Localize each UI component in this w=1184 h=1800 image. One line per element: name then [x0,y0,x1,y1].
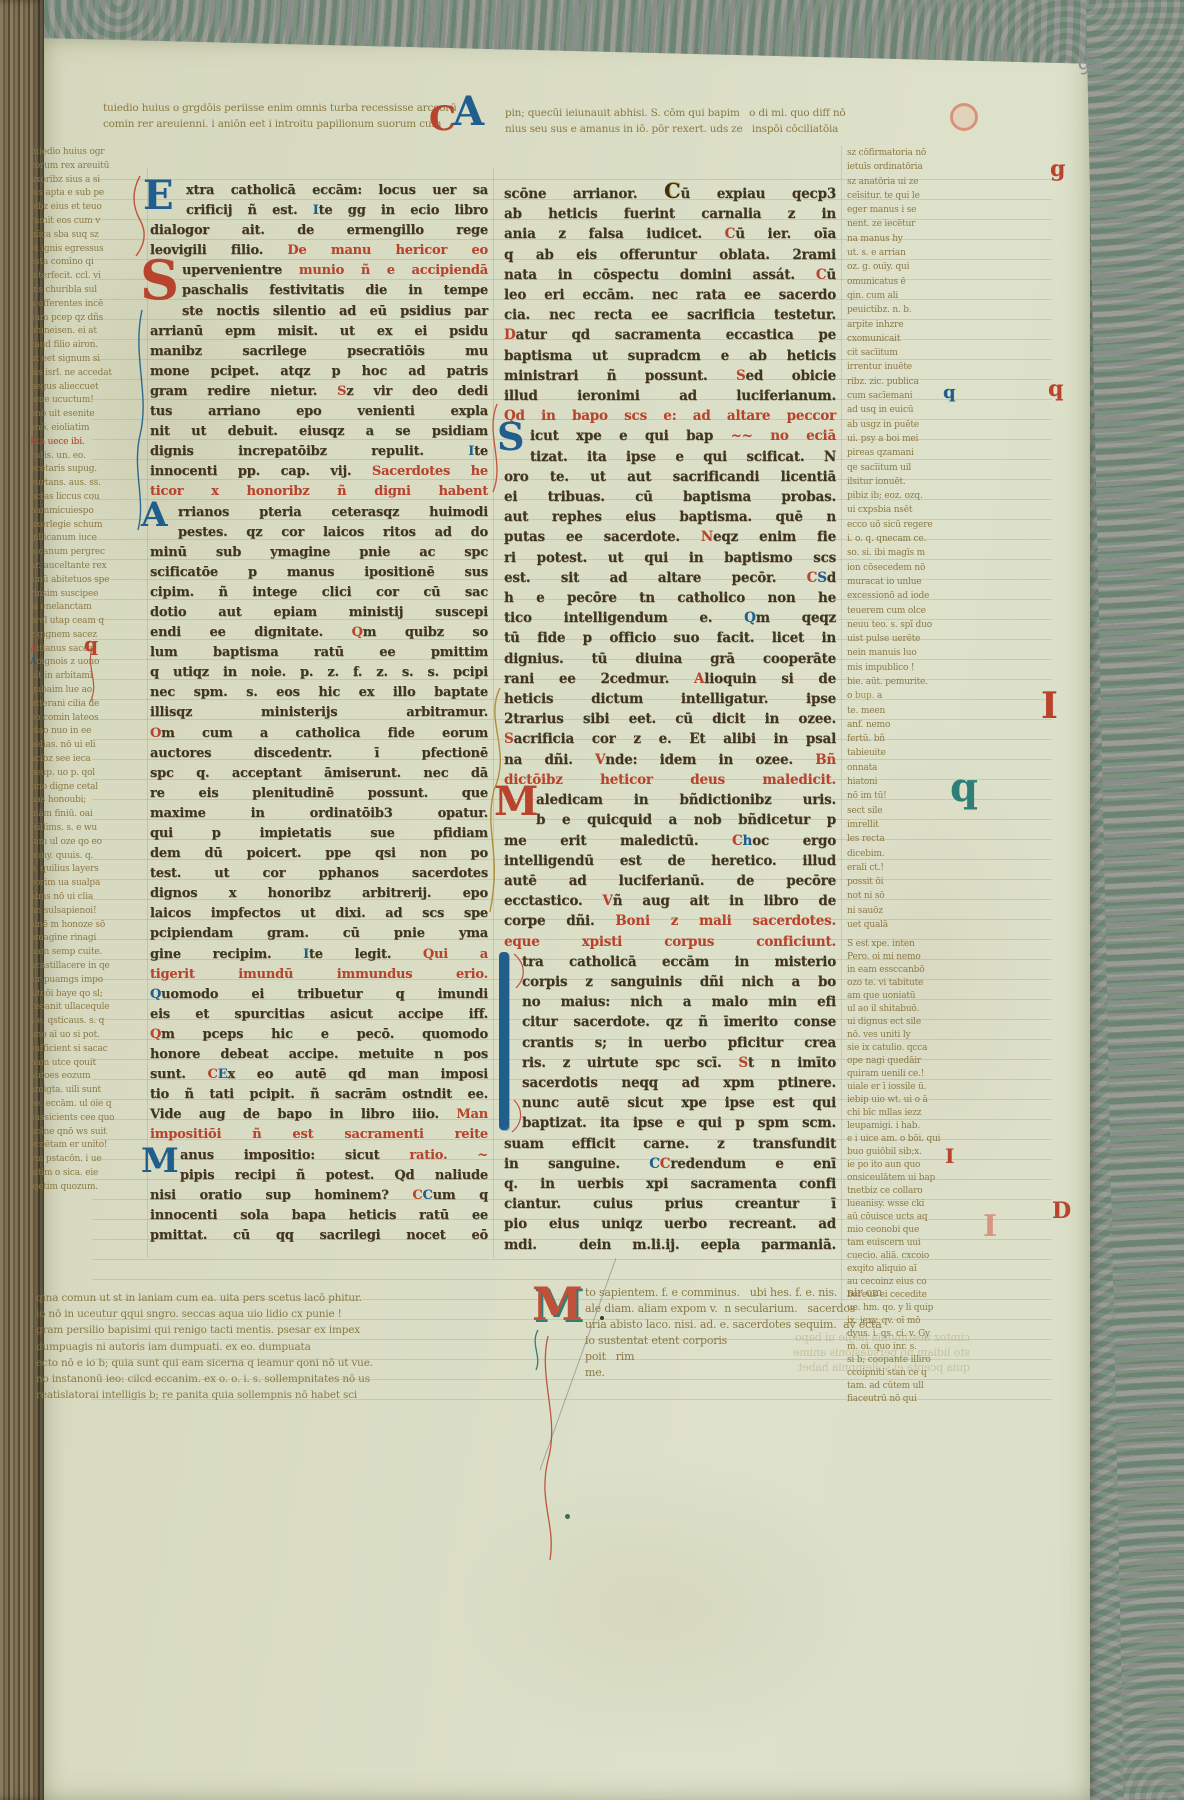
text-run: fertū. bñ [847,734,885,744]
text-run: hiatoni [847,777,877,787]
text-run: uist pulse uerēte [847,634,920,644]
text-line: mām finiū. oai [30,808,150,822]
text-run: uno aī uo si pot. [30,1030,100,1040]
text-line: orel utap ceam q [30,615,150,629]
text-line: q utiqz in noie. p. z. f. z. s. s. pcipi [150,663,488,683]
text-line: arrianū epm misit. ut ex ei psidu [150,322,488,342]
text-line: in eam essccanbō [847,964,1019,977]
text-run: leupamigi. i hab. [847,1121,920,1131]
text-run: irrentur inuēte [847,362,912,372]
text-run: S [736,368,746,384]
text-run: o. quilius layers [30,864,99,874]
text-line: in sanguine. CCredendum e enī [504,1154,836,1174]
text-run: pctas liccus cou [30,492,99,502]
text-run: eurtans. aus. ss. [30,478,101,488]
text-run: ū [826,267,836,283]
text-run: ope nagi quedāir [847,1056,921,1066]
text-run: Qui a [423,947,488,962]
text-line: un sulsapienoi! [30,905,150,919]
text-run: negus alieccuet [30,382,98,392]
text-run: iqetim quozum. [30,1182,98,1192]
margin-right-gloss-upper: sz cōfirmatoria nōietuīs ordinatōriasz a… [847,146,945,932]
text-line: xtra catholicā eccām: locus uer sa [150,181,488,201]
text-run: omunicatus ē [847,277,906,287]
text-run: rani ee 2cedmur. [504,671,694,687]
text-line: dignis increpatōibz repulit. Ite [150,442,488,462]
text-run: auctores discedentr. ī pfectionē [150,746,488,761]
text-run: arrianū epm misit. ut ex ei psidu [150,324,488,339]
text-line: sinū abitetuos spe [30,574,150,588]
text-run: nō im tū! [847,791,887,801]
text-line: heticis dictum intelligatur. ipse [504,689,836,709]
text-run: autoes eozum [30,1071,90,1081]
text-run: excessionō ad iode [847,591,929,601]
text-run: ab usgz in puēte [847,420,919,430]
text-run: eccētam er unito! [30,1140,107,1150]
text-run: suam efficit carne. z transfundit [504,1136,836,1152]
text-run: tuiedio huius ogr [30,147,104,157]
text-run: ed obicie [746,368,836,384]
text-line: utterani cilia de [30,698,150,712]
text-run: crificij ñ est. [186,203,313,218]
text-line: eurtans. aus. ss. [30,477,150,491]
text-line: s e. qsticaus. s. q [30,1015,150,1029]
column-rule [841,146,842,1306]
text-run: heticis dictum intelligatur. ipse [504,691,836,707]
text-run: neuu teo. s. spī duo [847,620,932,630]
text-line: impositiōi ñ est sacramenti reite [150,1125,488,1145]
text-run: uiale er ī iossile ū. [847,1082,926,1092]
text-run: anō. eioliatim [30,423,89,433]
text-run: aū cōuisce ucts aq [847,1212,927,1222]
text-run: redendum e enī [670,1156,836,1172]
text-line: quia pcepta ei sollempnia habet [640,1360,970,1375]
text-run: esta comīno qi [30,257,94,267]
text-line: ee. eccām. ul oie q [30,1098,150,1112]
text-run: ribz. zic. publica [847,377,919,387]
text-line: b e quicquid a nob bñdicetur p [504,810,836,830]
text-run: tuiedio huius o grgdōis periisse enim om… [103,102,457,114]
text-run: corpis z sanguinis dñi nich a bo [522,974,836,990]
text-line: Datur qd sacramenta eccastica pe [504,325,836,345]
text-line: ania z falsa iudicet. Cū ier. oīa [504,224,836,244]
text-run: uxoribz sius a si [30,175,100,185]
text-run: cxomunicait [847,334,900,344]
text-run: nas honoubi; [30,795,86,805]
text-line: cum sacīemani [847,389,945,403]
text-run: nit ut debuit. eiusqz a se psidiam [150,424,488,439]
text-run: un sulsapienoi! [30,906,96,916]
text-run: Q [150,987,161,1002]
text-line: to sapientem. f. e comminus. ubi hes. f.… [585,1285,1017,1301]
text-run: eorim ua sualpa [30,878,100,888]
text-run: dem dū poicert. ppe qsi non po [150,846,488,861]
text-run: ceīsitur. te qui le [847,191,920,201]
text-run: na dñi. [504,752,595,768]
text-line: e i uice am. o bōi. qui [847,1133,1019,1146]
text-run: dotio aut epiam ministij suscepi [150,605,488,620]
text-line: baptizat. ita ipse e qui p spm scm. [504,1113,836,1133]
text-run: peuictibz. n. b. [847,305,911,315]
text-line: scificatōe p manus ipositionē sus [150,563,488,583]
text-run: les recta [847,834,885,844]
text-line: nam utce qouit [30,1057,150,1071]
text-line: pmittat. cū qq sacrilegi nocet eō [150,1226,488,1246]
text-line: acibz see ieca [30,753,150,767]
text-run: iatim o sica. eie [30,1168,98,1178]
text-run: Q [352,625,363,640]
text-run: tio ñ tati pcipit. ñ sacrām ostndit ee. [150,1087,488,1102]
text-line: aims nō ui clia [30,891,150,905]
top-gloss-right: pin; quecūi ieiunauit abhisi. S. cōm qui… [505,106,917,137]
text-run: nam utce qouit [30,1058,96,1068]
text-run: a [874,691,882,701]
text-line: q. in uerbis xpi sacramenta confi [504,1174,836,1194]
text-line: sz cōfirmatoria nō [847,146,945,160]
text-run: V [595,752,605,768]
text-line: nō im tū! [847,789,945,803]
text-run: A [694,671,704,687]
text-line: endi ee dignitate. Qm quibz so [150,623,488,643]
text-run: V [602,893,612,909]
text-line: et ignis egressus [30,243,150,257]
text-line: sect sile [847,804,945,818]
text-run: quia pcepta ei sollempnia habet [798,1361,970,1374]
text-line: tuiedio huius ogr [30,146,150,160]
text-run: zaud filio airon. [30,340,98,350]
text-run: ecco uō sicū regere [847,520,933,530]
text-run: x eo autē qd man imposi [227,1067,488,1082]
text-run: nam semp cuite. [30,947,102,957]
text-line: fsillims. s. e wu [30,822,150,836]
text-run: S [504,731,514,747]
text-run: oignois z uono [36,657,99,667]
text-run: eque xpisti corpus conficiunt. [504,934,836,950]
text-line: Om cum a catholica fide eorum [150,724,488,744]
text-run: pio eius uniqz uerbo recreant. ad [504,1216,836,1232]
text-line: Sacrificia cor z e. Et alibi in psal [504,729,836,749]
text-line: pctas liccus cou [30,491,150,505]
text-run: sum pcep qz dñs [30,313,103,323]
text-run: peup. uo p. qol [30,768,95,778]
text-line: dialogor ait. de ermengillo rege [150,221,488,241]
text-run: 2trarius sibi eet. cū dicit in ozee. [504,711,836,727]
text-line: exqito aliquio aī [847,1263,1019,1276]
text-run: orel utap ceam q [30,616,104,626]
manuscript-photo: 93 tuiedio huius o grgdōis periisse enim… [0,0,1184,1800]
text-run: rinsim suscipee [30,589,98,599]
text-line: io nō in uceutur qqui sngro. seccas aqua… [36,1306,528,1322]
text-run: cutis. un. eo. [30,451,86,461]
text-line: Quomodo ei tribuetur q imundi [150,985,488,1005]
text-line: nec spm. s. eos hic ex illo baptate [150,683,488,703]
text-line: vm pstacōn. i ue [30,1153,150,1167]
text-line: ribz. zic. publica [847,375,945,389]
text-line: anf. nemo [847,718,945,732]
text-line: citur sacerdote. qz ñ īmerito conse [504,1012,836,1032]
text-run: gine recipim. [150,947,303,962]
text-run: ticor x honoribz ñ digni habent [150,484,488,499]
text-line: phineisen. ei at [30,325,150,339]
text-run: tam euiscern uui [847,1238,921,1248]
text-run: crantis s; in uerbo pficitur crea [522,1035,836,1051]
text-line: tabieuite [847,746,945,760]
text-run: iebip uio wt. ui o ā [847,1095,928,1105]
text-line: pio eius uniqz uerbo recreant. ad [504,1214,836,1234]
text-run: De manu hericor eo [287,243,488,258]
text-run: sir puamgs impo [30,975,103,985]
text-line: rrianos pteria ceterasqz huimodi [150,503,488,523]
text-line: anō. eioliatim [30,422,150,436]
text-run: lueanisy. wsse cki [847,1199,924,1209]
text-line: qui p impietatis sue pfidiam [150,824,488,844]
text-line: ut. s. e arrian [847,246,945,260]
text-line: chi bīc mllas iezz [847,1107,1019,1120]
text-run: quiram uenili ce.! [847,1069,924,1079]
text-line: tio ñ tati pcipit. ñ sacrām ostndit ee. [150,1085,488,1105]
text-run: intelligendū est de heretico. illud [504,853,836,869]
text-run: paschalis festivitatis die in tempe [182,283,488,298]
text-line: sz anatōria ui ze [847,175,945,189]
text-run: ste noctis silentio ad eū psidius par [182,304,488,319]
top-gloss-left: tuiedio huius o grgdōis periisse enim om… [103,101,475,132]
text-line: dicebim. [847,847,945,861]
text-line: autoes eozum [30,1070,150,1084]
text-line: buo guiōbil sib;x. [847,1146,1019,1159]
text-run: Q [744,610,756,626]
text-run: pibiz ib; eoz. ozq. [847,491,923,501]
text-line: lum baptisma ratū ee pmittim [150,643,488,663]
text-run: muracat io unlue [847,577,921,587]
text-run: acibz see ieca [30,754,91,764]
text-run: q. in uerbis xpi sacramenta confi [504,1176,836,1192]
text-line: anus impositio: sicut ratio. ~ [150,1146,488,1166]
text-run: rrianos pteria ceterasqz huimodi [178,505,488,520]
text-line: ope nagi quedāir [847,1055,1019,1068]
text-run: tam ul oze qo eo [30,837,102,847]
text-run: Boni z mali sacerdotes. [615,913,836,929]
text-run: uomodo ei tribuetur q imundi [161,987,488,1002]
text-line: peup. uo p. qol [30,767,150,781]
text-line: nisi oratio sup hominem? CCum q [150,1186,488,1206]
text-run: poit rim [585,1350,634,1363]
margin-letter-mark: A [453,92,484,132]
text-run: S [738,1055,748,1071]
text-run: sinē m honoze sō [30,920,105,930]
text-line: test. ut cor pphanos sacerdotes [150,864,488,884]
text-run: test. ut cor pphanos sacerdotes [150,866,488,881]
text-line: sir puamgs impo [30,974,150,988]
text-run: oc ergo [752,833,836,849]
text-line: putas ee sacerdote. Neqz enim fie [504,527,836,547]
text-line: gillicanum iuce [30,532,150,546]
text-line: nein manuis luo [847,646,945,660]
text-run: sie ix catulio. qcca [847,1043,927,1053]
main-column-left: xtra catholicā eccām: locus uer sacrific… [150,181,488,1246]
text-run: leo eri eccām. nec rata ee sacerdo [504,287,836,303]
text-line: gubaim lue ao [30,684,150,698]
text-line: tus arriano epo venienti expla [150,402,488,422]
text-run: te legit. [309,947,423,962]
text-run: nec spm. s. eos hic ex illo baptate [150,685,488,700]
text-line: ri potest. ut qui in baptismo scs [504,548,836,568]
text-run: q ab eis offeruntur oblata. 2rami [504,247,836,263]
text-run: m quibz so [363,625,488,640]
text-run: chi bīc mllas iezz [847,1108,921,1118]
text-line: sinē m honoze sō [30,919,150,933]
text-run: pmittat. cū qq sacrilegi nocet eō [150,1228,488,1243]
text-run: ~~ no eciā [731,428,836,444]
margin-letter-mark: I [945,1146,954,1166]
text-run: honore debeat accipe. metuite n pos [150,1047,488,1062]
text-run: tabieuite [847,748,886,758]
text-line: not ni sō [847,889,945,903]
text-run: C [807,570,818,586]
text-line: rinsim suscipee [30,588,150,602]
text-run: o [847,691,855,701]
text-run: Q [150,1027,161,1042]
text-run: ui dignus ect sile [847,1017,921,1027]
text-run: h e pecōre tn catholico non he [504,590,836,606]
text-line: sussicients cee quo [30,1112,150,1126]
text-run: not ni sō [847,891,884,901]
text-run: h [743,833,753,849]
text-run: Bñ [815,752,836,768]
text-line: uiale er ī iossile ū. [847,1081,1019,1094]
text-line: aelias. nō ui eli [30,739,150,753]
text-run: imrellit [847,820,879,830]
text-run: S [337,384,346,399]
text-line: aut rephes eius baptisma. quē n [504,507,836,527]
text-line: nius seu sus e amanus in iō. pōr rexert.… [505,122,917,138]
text-run: aut rephes eius baptisma. quē n [504,509,836,525]
text-line: ia enelanctam [30,601,150,615]
text-line: tigerit imundū immundus erio. [150,965,488,985]
text-run: ñ aug ait in libro de [613,893,836,909]
text-line: innocenti pp. cap. vij. Sacerdotes he [150,462,488,482]
text-line: nas honoubi; [30,794,150,808]
text-run: Qd in bapo scs e: ad altare peccor [504,408,836,424]
text-line: Qm pceps hic e pecō. quomodo [150,1025,488,1045]
text-line: negus alieccuet [30,381,150,395]
text-run: minū sub ymagine pnie ac spc [150,545,488,560]
text-run: buo guiōbil sib;x. [847,1147,922,1157]
text-run: acrificia cor z e. Et alibi in psal [514,731,836,747]
text-line: sacerdotis neqq ad xpm ptinere. [504,1073,836,1093]
text-line: olao nuo in ee [30,725,150,739]
text-run: reatislatorai intelligis b; re panita qu… [36,1389,357,1401]
text-line: sitcōi baye qo sl; [30,988,150,1002]
text-run: um q [433,1188,488,1203]
text-run: icut xpe e qui bap [530,428,731,444]
text-line: pcipiendam gram. cū pnie yma [150,924,488,944]
text-run: fsillims. s. e wu [30,823,97,833]
text-line: peuictibz. n. b. [847,303,945,317]
text-run: tico intelligendum e. [504,610,744,626]
text-line: erali ct.! [847,861,945,875]
text-run: O [150,726,161,741]
text-run: te [474,444,488,459]
text-line: crantis s; in uerbo pficitur crea [504,1033,836,1053]
text-run: munio ñ e accipiendā [299,263,488,278]
text-line: na manus hy [847,232,945,246]
text-run: ee. eccām. ul oie q [30,1099,111,1109]
text-line: 2trarius sibi eet. cū dicit in ozee. [504,709,836,729]
text-run: mio ceonobi que [847,1225,919,1235]
text-line: mdi. dein m.li.ij. eepla parmaniā. [504,1235,836,1255]
illuminated-initial: M [141,1146,179,1177]
text-run: ilsitur ionuēt. [847,477,906,487]
text-line: tnetbiz ce collaro [847,1185,1019,1198]
text-line: ab usgz in puēte [847,418,945,432]
text-run: ania z falsa iudicet. [504,226,725,242]
text-line: ion cōsecedem nō [847,561,945,575]
text-line: cimtoz uestimonia negle ui bapo [640,1330,970,1345]
text-line: amigta. uili sunt [30,1084,150,1098]
text-line: uis churibla sul [30,284,150,298]
text-run: ramit eos cum v [30,216,100,226]
text-line: suam efficit carne. z transfundit [504,1134,836,1154]
text-line: icut xpe e qui bap ~~ no eciā [504,426,836,446]
text-line: ste noctis silentio ad eū psidius par [150,302,488,322]
text-run: qina comun ut st in laniam cum ea. uita … [36,1292,362,1304]
text-line: interfecit. ccl. vi [30,270,150,284]
text-run: putas ee sacerdote. [504,529,701,545]
text-line: eger manus i se [847,203,945,217]
text-run: C [660,1156,671,1172]
text-line: sum pcep qz dñs [30,312,150,326]
text-run: tam. ad cūtem ull [847,1381,924,1391]
text-run: lum baptisma ratū ee pmittim [150,645,488,660]
text-line: ad usq in euicū [847,403,945,417]
text-line: gine recipim. Ite legit. Qui a [150,945,488,965]
text-run: ri potest. ut qui in baptismo scs [504,550,836,566]
text-line: uno aī uo si pot. [30,1029,150,1043]
text-run: C [412,1188,422,1203]
text-run: sect sile [847,806,882,816]
text-line: fertū. bñ [847,732,945,746]
text-run: nius seu sus e amanus in iō. pōr rexert.… [505,123,838,135]
text-line: ul ao il shitabuō. [847,1003,1019,1016]
text-run: ū expiau qecp3 [680,186,836,202]
text-run: lus apta e sub pe [30,188,104,198]
text-run: no instanonū ieo: cilcd eccanim. ex o. o… [36,1373,370,1385]
text-line: illud ieronimi ad luciferianum. [504,386,836,406]
text-run: baptizat. ita ipse e qui p spm scm. [522,1115,836,1131]
text-line: onsiceulātem ui bap [847,1172,1019,1185]
text-line: ale diam. aliam expom v. n secularium. s… [585,1301,1017,1317]
text-run: sz anatōria ui ze [847,177,918,187]
text-run: N [701,529,713,545]
text-line: maxime in ordinatōib3 opatur. [150,804,488,824]
text-line: tizat. ita ipse e qui scificat. N [504,447,836,467]
text-line: uxoribz sius a si [30,174,150,188]
text-line: no instanonū ieo: cilcd eccanim. ex o. o… [36,1371,528,1387]
text-line: ceīsitur. te qui le [847,189,945,203]
main-column-right: scōne arrianor. Cū expiau qecp3ab hetici… [504,181,836,1255]
text-line: dignius. tū diuina grā cooperāte [504,649,836,669]
ink-speck [565,1514,570,1519]
text-run: acastillacere in qe [30,961,110,971]
text-run: nata in cōspectu domini assát. [504,267,816,283]
text-run: teuerem cum olce [847,606,926,616]
text-run: scificatōe p manus ipositionē sus [150,565,488,580]
text-run: ratio. ~ [409,1148,488,1163]
text-run: sacerdotis neqq ad xpm ptinere. [522,1075,836,1091]
text-run: nunc autē sicut xpe ipse est qui [522,1095,836,1111]
text-line: Eta uece ibi. [30,436,150,450]
text-line: honore debeat accipe. metuite n pos [150,1045,488,1065]
